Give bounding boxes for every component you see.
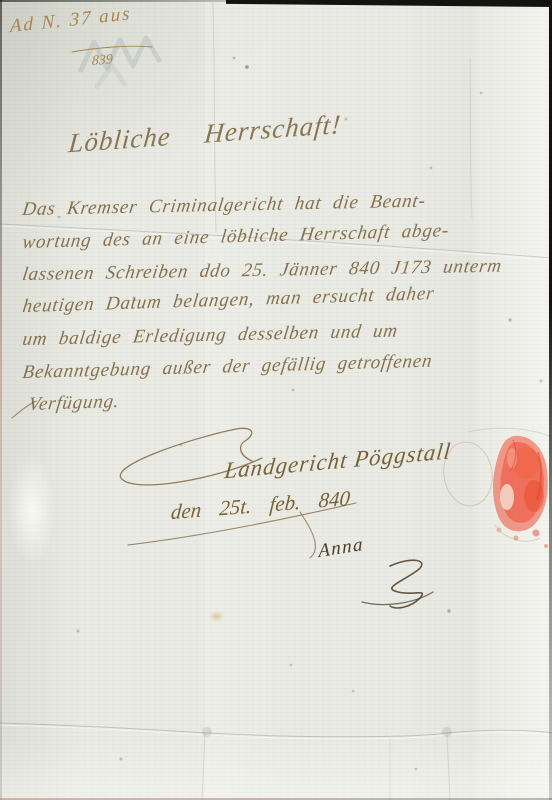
signature-flourish [362, 560, 433, 608]
feb-descender-flourish [300, 512, 315, 558]
registry-year: 839 [92, 52, 113, 70]
wax-seal [440, 436, 548, 548]
letter-scan: Ad N. 37 aus 839 Löbliche Herrschaft! Da… [0, 0, 552, 800]
scan-edge-top-hairline [0, 0, 228, 2]
body-line: Verfügung. [27, 391, 121, 416]
scan-edge-left [0, 0, 2, 800]
